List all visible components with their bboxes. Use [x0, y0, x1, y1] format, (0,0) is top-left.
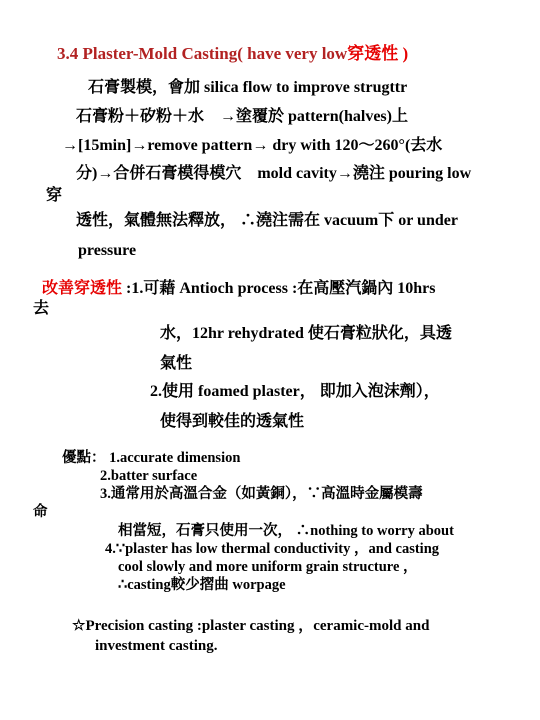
title-highlight-text: 穿透性 [347, 44, 398, 63]
line-wrap-char-1: 穿 [46, 187, 62, 205]
line-wrap-char-2: 去 [33, 300, 49, 318]
line-advantages-item3b: 相當短，石膏只使用一次， ∴nothing to worry about [118, 523, 454, 540]
line-advantages-item4c: ∴casting較少摺曲 worpage [118, 577, 286, 594]
line-improve-item1c: 氣性 [160, 355, 192, 373]
improve-item1-text: :1.可藉 Antioch process :在高壓汽鍋內 10hrs [122, 280, 435, 297]
line-improve-item2b: 使得到較佳的透氣性 [160, 413, 304, 431]
line-advantages-item4a: 4.∵plaster has low thermal conductivity … [105, 541, 439, 558]
title-main-text: 3.4 Plaster-Mold Casting( have very low [57, 44, 347, 63]
line-advantages-item1: 優點： 1.accurate dimension [62, 450, 240, 467]
line-improve-item1b: 水，12hr rehydrated 使石膏粒狀化，具透 [160, 325, 452, 343]
line-note-1: ☆Precision casting :plaster casting ，cer… [72, 618, 429, 635]
line-improve-heading: 改善穿透性 :1.可藉 Antioch process :在高壓汽鍋內 10hr… [42, 280, 436, 298]
line-process-step2: 分)→合併石膏模得模穴 mold cavity→澆注 pouring low [76, 165, 471, 183]
slide-page: 3.4 Plaster-Mold Casting( have very low穿… [0, 0, 540, 720]
line-plaster-making: 石膏製模，會加 silica flow to improve strugttr [88, 79, 407, 97]
line-advantages-item3: 3.通常用於高溫合金（如黃銅），∵高溫時金屬模壽 [100, 486, 423, 503]
title-close-paren: ) [398, 44, 408, 63]
line-process-step4: pressure [78, 242, 136, 260]
line-process-step1: →[15min]→remove pattern→ dry with 120～26… [62, 137, 442, 155]
line-note-2: investment casting. [95, 638, 218, 655]
line-mix-formula: 石膏粉＋矽粉＋水 →塗覆於 pattern(halves)上 [76, 108, 408, 126]
line-advantages-item2: 2.batter surface [100, 468, 197, 485]
note-line1-text: Precision casting :plaster casting ，cera… [85, 618, 429, 634]
star-icon: ☆ [72, 618, 85, 634]
line-wrap-char-3: 命 [33, 504, 48, 521]
line-improve-item2: 2.使用 foamed plaster， 即加入泡沫劑）， [150, 383, 440, 401]
line-advantages-item4b: cool slowly and more uniform grain struc… [118, 559, 418, 576]
line-process-step3: 透性，氣體無法釋放， ∴澆注需在 vacuum下 or under [76, 212, 458, 230]
slide-title: 3.4 Plaster-Mold Casting( have very low穿… [57, 44, 408, 64]
improve-label-text: 改善穿透性 [42, 280, 122, 297]
